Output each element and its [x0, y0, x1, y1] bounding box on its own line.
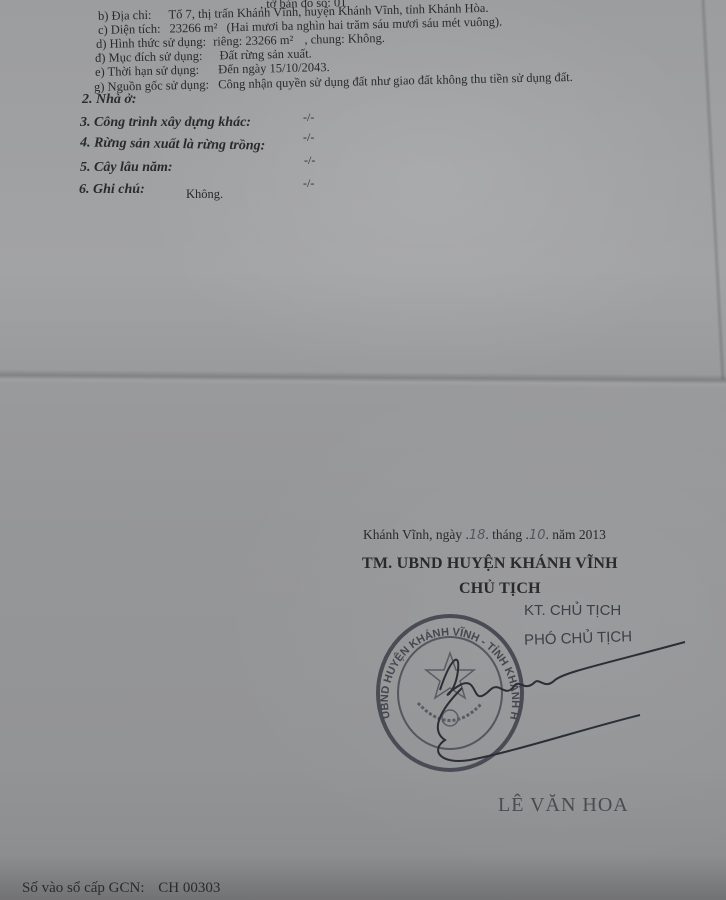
- term-value: Đến ngày 15/10/2043.: [218, 60, 330, 76]
- place-and-date: Khánh Vĩnh, ngày .18. tháng .10. năm 201…: [363, 527, 606, 543]
- section-other-construction-label: 3. Công trình xây dựng khác:: [80, 115, 251, 131]
- usage-form-shared: , chung: Không.: [304, 31, 385, 47]
- section-planted-forest-label: 4. Rừng sản xuất là rừng trồng:: [80, 135, 265, 154]
- chairman-title: CHỦ TỊCH: [459, 580, 541, 598]
- month-prefix: . tháng .: [485, 527, 529, 542]
- handwritten-month: 10: [529, 528, 546, 543]
- on-behalf-chairman-stamp: KT. CHỦ TỊCH: [524, 602, 621, 619]
- term-label: e) Thời hạn sử dụng:: [95, 63, 199, 79]
- registry-value: CH 00303: [158, 880, 220, 896]
- section-perennial-trees-label: 5. Cây lâu năm:: [80, 160, 173, 176]
- section-house-value: -/-: [303, 110, 314, 125]
- year-text: . năm 2013: [545, 527, 605, 542]
- section-perennial-trees-value: -/-: [303, 176, 314, 191]
- place-date-prefix: Khánh Vĩnh, ngày .: [363, 527, 469, 542]
- section-notes-label: 6. Ghi chú:: [79, 182, 145, 198]
- issuing-organization: TM. UBND HUYỆN KHÁNH VĨNH: [362, 555, 618, 573]
- registry-label: Số vào sổ cấp GCN:: [22, 880, 145, 896]
- address-label: b) Địa chỉ:: [98, 8, 152, 23]
- area-label: c) Diện tích:: [98, 22, 161, 37]
- section-house-label: 2. Nhà ở:: [82, 92, 137, 108]
- area-value: 23266 m²: [169, 20, 217, 35]
- section-planted-forest-value: -/-: [304, 153, 315, 168]
- handwritten-day: 18: [469, 528, 486, 543]
- signature-icon: [400, 630, 690, 770]
- registry-number-row: Số vào sổ cấp GCN: CH 00303: [22, 880, 220, 897]
- signer-name: LÊ VĂN HOA: [498, 794, 629, 817]
- section-other-construction-value: -/-: [303, 130, 314, 145]
- section-notes-value: Không.: [186, 187, 223, 202]
